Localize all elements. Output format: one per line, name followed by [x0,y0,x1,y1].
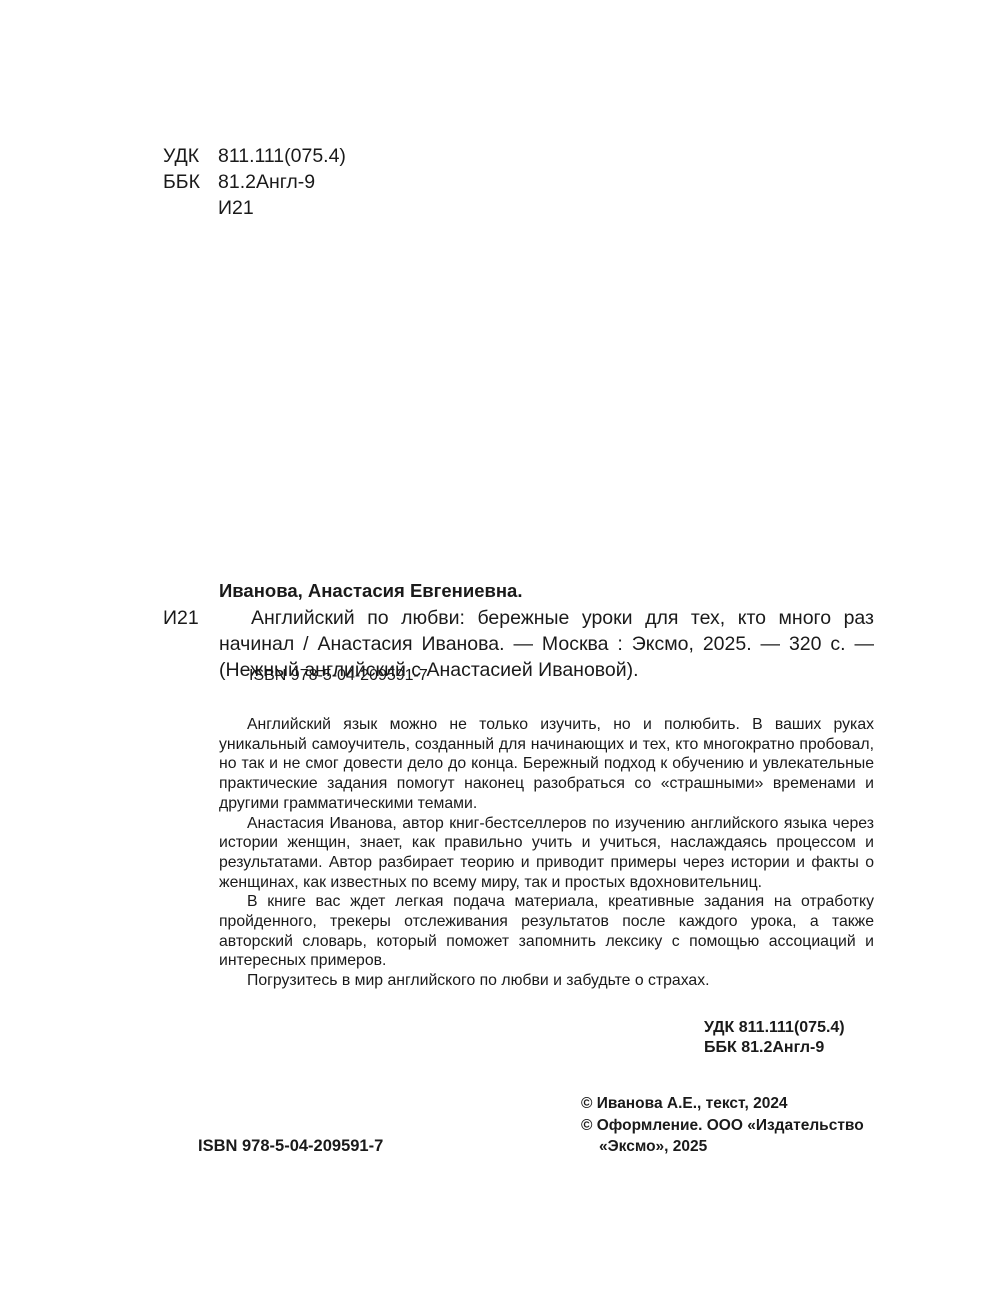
copyright-text: © Иванова А.Е., текст, 2024 [581,1093,864,1115]
bbk-bottom: ББК 81.2Англ-9 [704,1038,845,1058]
annotation-paragraph: В книге вас ждет легкая подача материала… [219,892,874,971]
catalog-author-mark: И21 [163,605,199,631]
annotation-paragraph: Английский язык можно не только изучить,… [219,715,874,814]
bbk-value: 81.2Англ-9 [218,169,315,195]
annotation-paragraph: Погрузитесь в мир английского по любви и… [219,971,874,991]
bbk-row: ББК 81.2Англ-9 [163,169,346,195]
udk-row: УДК 811.111(075.4) [163,143,346,169]
isbn-bottom: ISBN 978-5-04-209591-7 [198,1135,383,1157]
bbk-label: ББК [163,169,218,195]
udk-bottom: УДК 811.111(075.4) [704,1018,845,1038]
annotation-paragraph: Анастасия Иванова, автор книг-бестселлер… [219,814,874,893]
author-mark-row: И21 [163,195,346,221]
copyright-block: © Иванова А.Е., текст, 2024 © Оформление… [581,1093,864,1158]
classification-bottom-block: УДК 811.111(075.4) ББК 81.2Англ-9 [704,1018,845,1058]
catalog-isbn: ISBN 978-5-04-209591-7 [249,665,428,687]
annotation: Английский язык можно не только изучить,… [219,715,874,991]
copyright-design-cont: «Эксмо», 2025 [581,1136,864,1158]
author-mark: И21 [218,195,254,221]
catalog-author: Иванова, Анастасия Евгениевна. [219,578,522,604]
classification-top-block: УДК 811.111(075.4) ББК 81.2Англ-9 И21 [163,143,346,221]
udk-label: УДК [163,143,218,169]
udk-value: 811.111(075.4) [218,143,346,169]
copyright-design: © Оформление. ООО «Издательство [581,1115,864,1137]
